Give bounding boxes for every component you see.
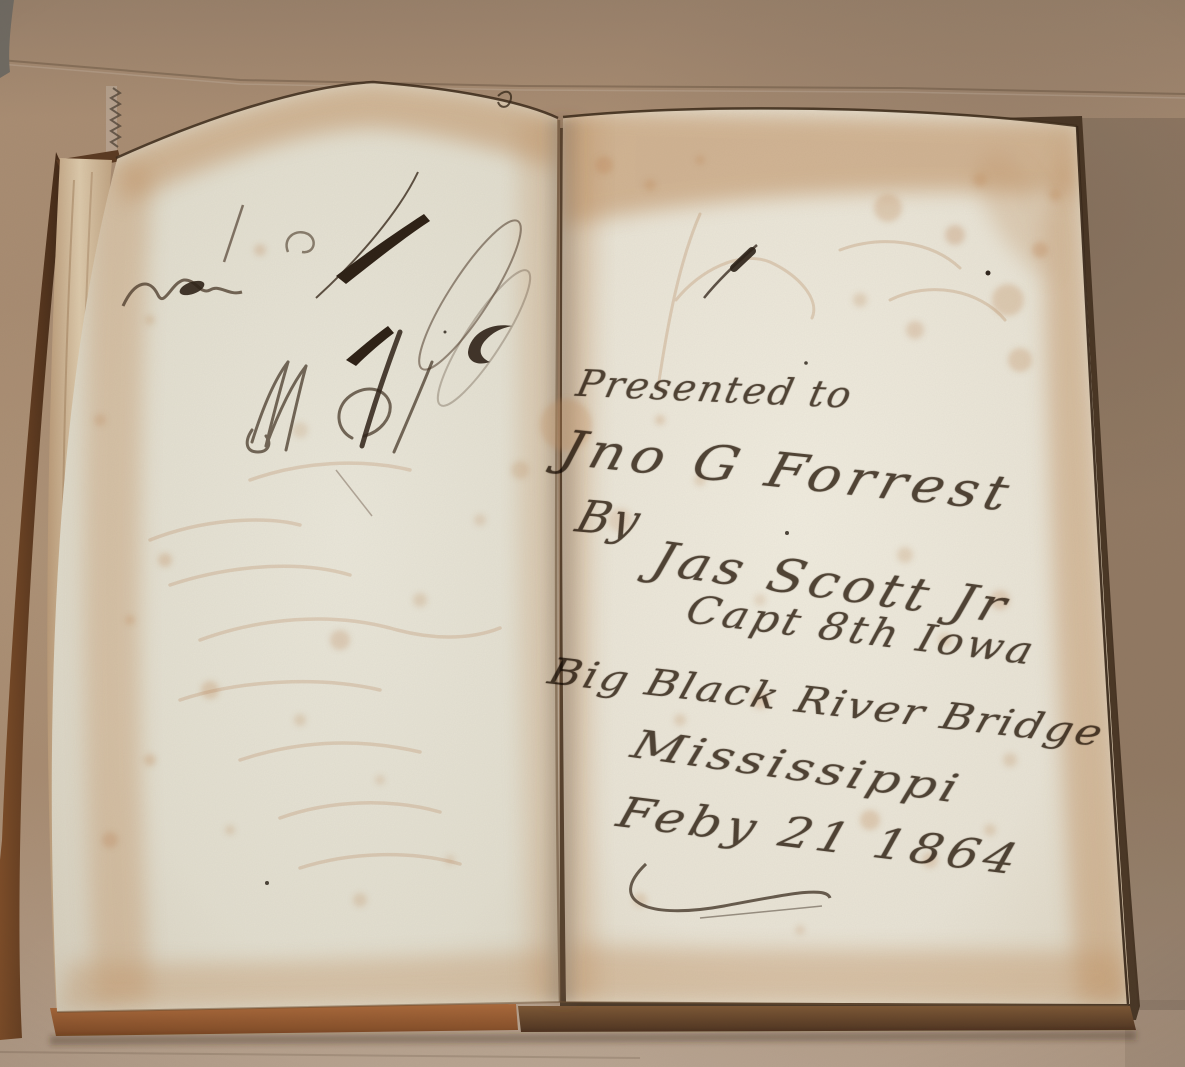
photo-open-antique-book: Presented to Jno G Forrest By Jas Scott … [0, 0, 1185, 1067]
table-sliver [0, 0, 14, 78]
book-bottom-edge [50, 1004, 1136, 1045]
gutter [540, 118, 584, 1004]
